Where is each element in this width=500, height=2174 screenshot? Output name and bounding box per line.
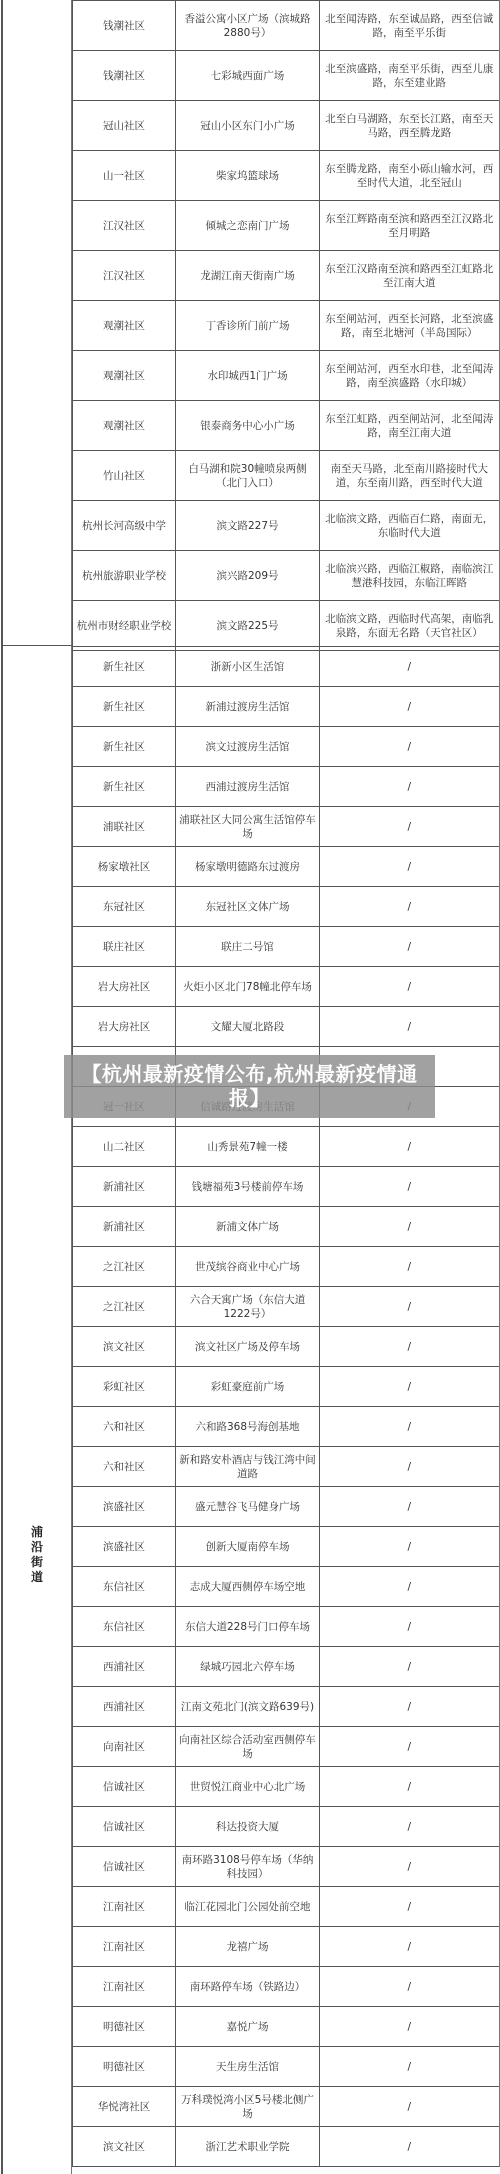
community-cell: 之江社区 <box>73 1247 176 1287</box>
location-cell: 山秀景苑7幢一楼 <box>176 1127 320 1167</box>
table-row: 明德社区天生房生活馆/ <box>73 2047 500 2087</box>
scope-cell: / <box>320 1487 500 1527</box>
community-cell: 信诚社区 <box>73 1807 176 1847</box>
location-cell: 杨家墩明德路东过渡房 <box>176 847 320 887</box>
table-row: 明德社区嘉悦广场/ <box>73 2007 500 2047</box>
table-row: 江汉社区龙湖江南天街南广场东至江汉路南至滨和路西至江虹路北至江南大道 <box>73 251 500 301</box>
location-cell: 盛元慧谷飞马健身广场 <box>176 1487 320 1527</box>
location-cell: 银泰商务中心小广场 <box>176 401 320 451</box>
community-cell: 新生社区 <box>73 647 176 687</box>
community-cell: 联庄社区 <box>73 927 176 967</box>
community-cell: 竹山社区 <box>73 451 176 501</box>
community-cell: 新浦社区 <box>73 1167 176 1207</box>
scope-cell: / <box>320 1127 500 1167</box>
community-cell: 新生社区 <box>73 727 176 767</box>
table-row: 信诚社区世贸悦江商业中心北广场/ <box>73 1767 500 1807</box>
community-cell: 六和社区 <box>73 1447 176 1487</box>
location-cell: 浙新小区生活馆 <box>176 647 320 687</box>
table-row: 新浦社区新浦文体广场/ <box>73 1207 500 1247</box>
document-page: 钱潮社区香溢公寓小区广场（滨城路2880号）北至闻涛路，东至诚品路，西至信诚路，… <box>0 0 500 2174</box>
table-row: 六和社区新和路安朴酒店与钱江湾中间道路/ <box>73 1447 500 1487</box>
scope-cell: / <box>320 1247 500 1287</box>
table-row: 滨文社区浙江艺术职业学院/ <box>73 2127 500 2167</box>
scope-cell: / <box>320 1607 500 1647</box>
scope-cell: 东至江汉路南至滨和路西至江虹路北至江南大道 <box>320 251 500 301</box>
community-cell: 江南社区 <box>73 1927 176 1967</box>
community-cell: 冠山社区 <box>73 101 176 151</box>
location-cell: 东信大道228号门口停车场 <box>176 1607 320 1647</box>
community-cell: 明德社区 <box>73 2007 176 2047</box>
table-row: 滨文社区滨文社区广场及停车场/ <box>73 1327 500 1367</box>
scope-cell: 东至闸站河，西至水印巷，北至闻涛路，南至滨盛路（水印城） <box>320 351 500 401</box>
scope-cell: 北至白马湖路，东至长江路，南至天马路，西至腾龙路 <box>320 101 500 151</box>
scope-cell: 东至闸站河，西至长河路，北至滨盛路，南至北塘河（半岛国际） <box>320 301 500 351</box>
sites-table-bottom: 新生社区浙新小区生活馆/新生社区新浦过渡房生活馆/新生社区滨文过渡房生活馆/新生… <box>72 646 500 2167</box>
scope-cell: / <box>320 807 500 847</box>
table-row: 西浦社区江南文苑北门(滨文路639号)/ <box>73 1687 500 1727</box>
community-cell: 滨盛社区 <box>73 1527 176 1567</box>
community-cell: 观潮社区 <box>73 301 176 351</box>
location-cell: 志成大厦西侧停车场空地 <box>176 1567 320 1607</box>
scope-cell: / <box>320 1527 500 1567</box>
table-row: 浦联社区浦联社区大同公寓生活馆停车场/ <box>73 807 500 847</box>
table-row: 江南社区龙禧广场/ <box>73 1927 500 1967</box>
scope-cell: 北至闻涛路，东至诚品路，西至信诚路，南至平乐街 <box>320 1 500 51</box>
scope-cell: / <box>320 767 500 807</box>
location-cell: 嘉悦广场 <box>176 2007 320 2047</box>
community-cell: 东冠社区 <box>73 887 176 927</box>
community-cell: 信诚社区 <box>73 1847 176 1887</box>
street-label-puyan: 浦沿街道 <box>30 1525 44 1585</box>
location-cell: 彩虹豪庭前广场 <box>176 1367 320 1407</box>
community-cell: 滨文社区 <box>73 2127 176 2167</box>
community-cell: 彩虹社区 <box>73 1367 176 1407</box>
scope-cell: / <box>320 1007 500 1047</box>
community-cell: 华悦湾社区 <box>73 2087 176 2127</box>
table-row: 新生社区滨文过渡房生活馆/ <box>73 727 500 767</box>
location-cell: 冠山小区东门小广场 <box>176 101 320 151</box>
scope-cell: / <box>320 887 500 927</box>
scope-cell: / <box>320 1727 500 1767</box>
scope-cell: / <box>320 1767 500 1807</box>
table-row: 观潮社区丁香诊所门前广场东至闸站河，西至长河路，北至滨盛路，南至北塘河（半岛国际… <box>73 301 500 351</box>
location-cell: 七彩城西面广场 <box>176 51 320 101</box>
table-row: 彩虹社区彩虹豪庭前广场/ <box>73 1367 500 1407</box>
location-cell: 浦联社区大同公寓生活馆停车场 <box>176 807 320 847</box>
table-row: 江南社区南环路停车场（铁路边）/ <box>73 1967 500 2007</box>
scope-cell: / <box>320 1967 500 2007</box>
location-cell: 滨文路225号 <box>176 601 320 651</box>
location-cell: 滨文过渡房生活馆 <box>176 727 320 767</box>
scope-cell: / <box>320 2127 500 2167</box>
location-cell: 丁香诊所门前广场 <box>176 301 320 351</box>
scope-cell: / <box>320 1807 500 1847</box>
table-row: 华悦湾社区万科璞悦湾小区5号楼北侧广场/ <box>73 2087 500 2127</box>
community-cell: 观潮社区 <box>73 351 176 401</box>
location-cell: 联庄二号馆 <box>176 927 320 967</box>
table-row: 山一社区柴家坞篮球场东至腾龙路，南至小砾山输水河，西至时代大道，北至冠山 <box>73 151 500 201</box>
scope-cell: 东至江虹路，西至闸站河，北至闻涛路，南至江南大道 <box>320 401 500 451</box>
scope-cell: 东至江辉路南至滨和路西至江汉路北至月明路 <box>320 201 500 251</box>
scope-cell: / <box>320 847 500 887</box>
scope-cell: / <box>320 1887 500 1927</box>
location-cell: 滨兴路209号 <box>176 551 320 601</box>
community-cell: 向南社区 <box>73 1727 176 1767</box>
community-cell: 西浦社区 <box>73 1687 176 1727</box>
location-cell: 世茂缤谷商业中心广场 <box>176 1247 320 1287</box>
headline-overlay: 【杭州最新疫情公布,杭州最新疫情通报】 <box>64 1055 435 1118</box>
location-cell: 滨文社区广场及停车场 <box>176 1327 320 1367</box>
scope-cell: / <box>320 647 500 687</box>
table-row: 杨家墩社区杨家墩明德路东过渡房/ <box>73 847 500 887</box>
location-cell: 天生房生活馆 <box>176 2047 320 2087</box>
table-row: 滨盛社区创新大厦南停车场/ <box>73 1527 500 1567</box>
location-cell: 白马湖和院30幢喷泉两侧（北门入口） <box>176 451 320 501</box>
location-cell: 倾城之恋南门广场 <box>176 201 320 251</box>
scope-cell: / <box>320 1927 500 1967</box>
scope-cell: 南至天马路，北至南川路接时代大道，东至南川路，西至时代大道 <box>320 451 500 501</box>
community-cell: 新生社区 <box>73 687 176 727</box>
table-row: 新生社区新浦过渡房生活馆/ <box>73 687 500 727</box>
community-cell: 钱潮社区 <box>73 1 176 51</box>
community-cell: 六和社区 <box>73 1407 176 1447</box>
table-row: 岩大房社区文耀大厦北路段/ <box>73 1007 500 1047</box>
scope-cell: / <box>320 2007 500 2047</box>
table-row: 杭州旅游职业学校滨兴路209号北临滨兴路，西临江椒路，南临滨江慧港科技园，东临江… <box>73 551 500 601</box>
location-cell: 浙江艺术职业学院 <box>176 2127 320 2167</box>
location-cell: 绿城巧园北六停车场 <box>176 1647 320 1687</box>
table-row: 新生社区浙新小区生活馆/ <box>73 647 500 687</box>
scope-cell: 北临滨兴路，西临江椒路，南临滨江慧港科技园，东临江晖路 <box>320 551 500 601</box>
table-row: 东冠社区东冠社区文体广场/ <box>73 887 500 927</box>
location-cell: 六和路368号海创基地 <box>176 1407 320 1447</box>
community-cell: 滨盛社区 <box>73 1487 176 1527</box>
location-cell: 六合天寓广场（东信大道1222号） <box>176 1287 320 1327</box>
community-cell: 杨家墩社区 <box>73 847 176 887</box>
table-row: 东信社区东信大道228号门口停车场/ <box>73 1607 500 1647</box>
scope-cell: / <box>320 1287 500 1327</box>
scope-cell: / <box>320 1167 500 1207</box>
table-row: 江汉社区倾城之恋南门广场东至江辉路南至滨和路西至江汉路北至月明路 <box>73 201 500 251</box>
scope-cell: / <box>320 927 500 967</box>
community-cell: 滨文社区 <box>73 1327 176 1367</box>
table-row: 钱潮社区香溢公寓小区广场（滨城路2880号）北至闻涛路，东至诚品路，西至信诚路，… <box>73 1 500 51</box>
community-cell: 东信社区 <box>73 1607 176 1647</box>
location-cell: 科达投资大厦 <box>176 1807 320 1847</box>
scope-cell: / <box>320 727 500 767</box>
table-row: 新浦社区钱塘福苑3号楼前停车场/ <box>73 1167 500 1207</box>
community-cell: 浦联社区 <box>73 807 176 847</box>
table-row: 新生社区西浦过渡房生活馆/ <box>73 767 500 807</box>
scope-cell: / <box>320 1367 500 1407</box>
table-row: 江南社区临江花园北门公园处前空地/ <box>73 1887 500 1927</box>
community-cell: 杭州市财经职业学校 <box>73 601 176 651</box>
community-cell: 信诚社区 <box>73 1767 176 1807</box>
location-cell: 创新大厦南停车场 <box>176 1527 320 1567</box>
street-column-bottom: 浦沿街道 <box>1 646 72 2174</box>
location-cell: 文耀大厦北路段 <box>176 1007 320 1047</box>
community-cell: 杭州旅游职业学校 <box>73 551 176 601</box>
table-row: 之江社区世茂缤谷商业中心广场/ <box>73 1247 500 1287</box>
street-column-top <box>1 0 72 646</box>
community-cell: 山二社区 <box>73 1127 176 1167</box>
community-cell: 钱潮社区 <box>73 51 176 101</box>
table-row: 钱潮社区七彩城西面广场北至滨盛路，南至平乐街，西至儿康路，东至建业路 <box>73 51 500 101</box>
community-cell: 新浦社区 <box>73 1207 176 1247</box>
community-cell: 观潮社区 <box>73 401 176 451</box>
location-cell: 新和路安朴酒店与钱江湾中间道路 <box>176 1447 320 1487</box>
community-cell: 明德社区 <box>73 2047 176 2087</box>
scope-cell: 北临滨文路，西临百仁路，南面无，东临时代大道 <box>320 501 500 551</box>
community-cell: 江南社区 <box>73 1887 176 1927</box>
community-cell: 山一社区 <box>73 151 176 201</box>
scope-cell: / <box>320 1847 500 1887</box>
table-row: 观潮社区银泰商务中心小广场东至江虹路，西至闸站河，北至闻涛路，南至江南大道 <box>73 401 500 451</box>
scope-cell: / <box>320 1687 500 1727</box>
sites-table-top: 钱潮社区香溢公寓小区广场（滨城路2880号）北至闻涛路，东至诚品路，西至信诚路，… <box>72 0 500 651</box>
scope-cell: / <box>320 1447 500 1487</box>
community-cell: 之江社区 <box>73 1287 176 1327</box>
location-cell: 江南文苑北门(滨文路639号) <box>176 1687 320 1727</box>
location-cell: 东冠社区文体广场 <box>176 887 320 927</box>
table-row: 山二社区山秀景苑7幢一楼/ <box>73 1127 500 1167</box>
location-cell: 钱塘福苑3号楼前停车场 <box>176 1167 320 1207</box>
community-cell: 西浦社区 <box>73 1647 176 1687</box>
location-cell: 火炬小区北门78幢北停车场 <box>176 967 320 1007</box>
table-row: 东信社区志成大厦西侧停车场空地/ <box>73 1567 500 1607</box>
location-cell: 柴家坞篮球场 <box>176 151 320 201</box>
community-cell: 江汉社区 <box>73 201 176 251</box>
location-cell: 南环路3108号停车场（华纳科技园） <box>176 1847 320 1887</box>
location-cell: 临江花园北门公园处前空地 <box>176 1887 320 1927</box>
location-cell: 龙湖江南天街南广场 <box>176 251 320 301</box>
table-row: 冠山社区冠山小区东门小广场北至白马湖路，东至长江路，南至天马路，西至腾龙路 <box>73 101 500 151</box>
location-cell: 世贸悦江商业中心北广场 <box>176 1767 320 1807</box>
table-row: 滨盛社区盛元慧谷飞马健身广场/ <box>73 1487 500 1527</box>
location-cell: 新浦文体广场 <box>176 1207 320 1247</box>
table-row: 岩大房社区火炬小区北门78幢北停车场/ <box>73 967 500 1007</box>
scope-cell: / <box>320 2047 500 2087</box>
scope-cell: / <box>320 2087 500 2127</box>
community-cell: 东信社区 <box>73 1567 176 1607</box>
location-cell: 西浦过渡房生活馆 <box>176 767 320 807</box>
scope-cell: / <box>320 1207 500 1247</box>
table-row: 信诚社区南环路3108号停车场（华纳科技园）/ <box>73 1847 500 1887</box>
table-row: 六和社区六和路368号海创基地/ <box>73 1407 500 1447</box>
community-cell: 江汉社区 <box>73 251 176 301</box>
community-cell: 江南社区 <box>73 1967 176 2007</box>
scope-cell: / <box>320 1567 500 1607</box>
scope-cell: / <box>320 687 500 727</box>
location-cell: 万科璞悦湾小区5号楼北侧广场 <box>176 2087 320 2127</box>
location-cell: 香溢公寓小区广场（滨城路2880号） <box>176 1 320 51</box>
scope-cell: 北至滨盛路，南至平乐街，西至儿康路，东至建业路 <box>320 51 500 101</box>
table-row: 信诚社区科达投资大厦/ <box>73 1807 500 1847</box>
table-row: 联庄社区联庄二号馆/ <box>73 927 500 967</box>
location-cell: 向南社区综合活动室西侧停车场 <box>176 1727 320 1767</box>
table-row: 西浦社区绿城巧园北六停车场/ <box>73 1647 500 1687</box>
table-row: 杭州长河高级中学滨文路227号北临滨文路，西临百仁路，南面无，东临时代大道 <box>73 501 500 551</box>
scope-cell: / <box>320 1647 500 1687</box>
table-row: 向南社区向南社区综合活动室西侧停车场/ <box>73 1727 500 1767</box>
table-row: 杭州市财经职业学校滨文路225号北临滨文路，西临时代高架，南临乳泉路，东面无名路… <box>73 601 500 651</box>
scope-cell: 东至腾龙路，南至小砾山输水河，西至时代大道，北至冠山 <box>320 151 500 201</box>
table-row: 观潮社区水印城西1门广场东至闸站河，西至水印巷，北至闻涛路，南至滨盛路（水印城） <box>73 351 500 401</box>
location-cell: 龙禧广场 <box>176 1927 320 1967</box>
scope-cell: / <box>320 967 500 1007</box>
location-cell: 新浦过渡房生活馆 <box>176 687 320 727</box>
table-row: 之江社区六合天寓广场（东信大道1222号）/ <box>73 1287 500 1327</box>
scope-cell: / <box>320 1407 500 1447</box>
location-cell: 滨文路227号 <box>176 501 320 551</box>
community-cell: 岩大房社区 <box>73 1007 176 1047</box>
community-cell: 杭州长河高级中学 <box>73 501 176 551</box>
scope-cell: 北临滨文路，西临时代高架，南临乳泉路，东面无名路（天官社区） <box>320 601 500 651</box>
table-row: 竹山社区白马湖和院30幢喷泉两侧（北门入口）南至天马路，北至南川路接时代大道，东… <box>73 451 500 501</box>
community-cell: 岩大房社区 <box>73 967 176 1007</box>
scope-cell: / <box>320 1327 500 1367</box>
community-cell: 新生社区 <box>73 767 176 807</box>
location-cell: 水印城西1门广场 <box>176 351 320 401</box>
location-cell: 南环路停车场（铁路边） <box>176 1967 320 2007</box>
